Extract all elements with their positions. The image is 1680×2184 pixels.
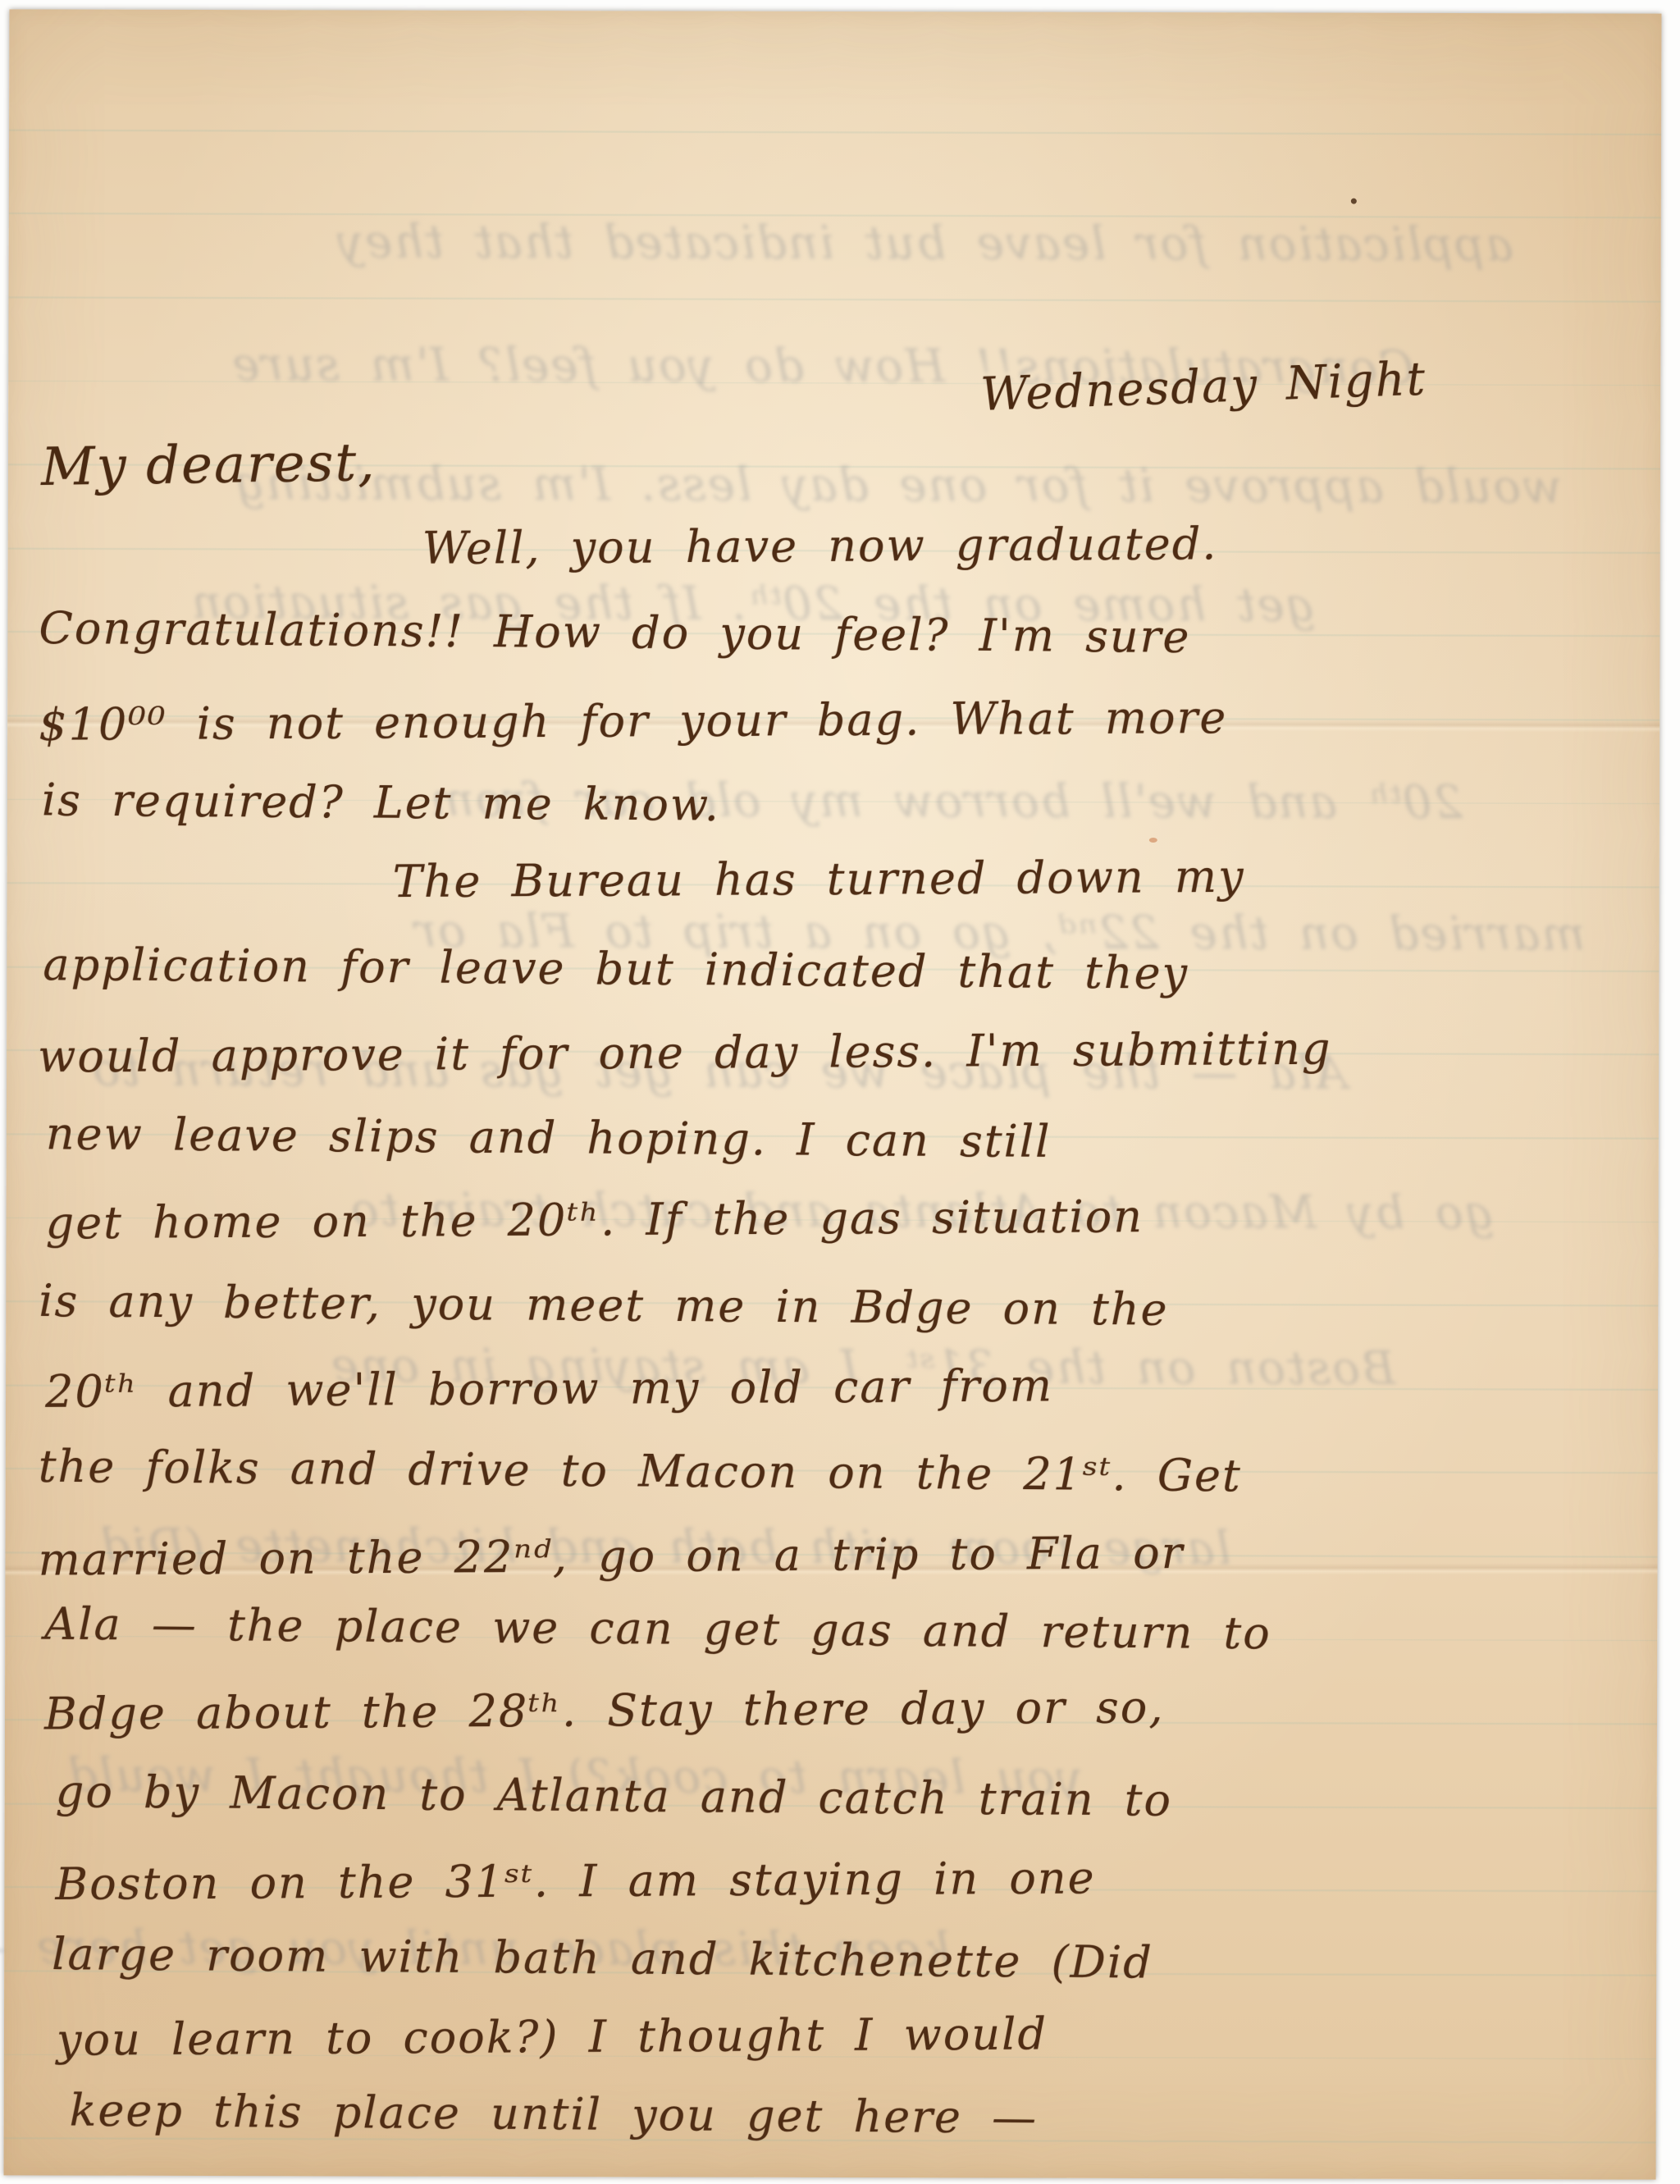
salutation: My dearest,	[40, 432, 376, 498]
letter-line: you learn to cook?) I thought I would	[57, 2008, 1048, 2065]
letter-line: large room with bath and kitchenette (Di…	[52, 1928, 1153, 1989]
letter-line: 20ᵗʰ and we'll borrow my old car from	[45, 1359, 1053, 1418]
letter-line: is required? Let me know.	[42, 774, 720, 830]
letter-paper-sheet: application for leave but indicated that…	[4, 9, 1662, 2179]
letter-line: Well, you have now graduated.	[422, 518, 1218, 574]
ink-speck	[1351, 199, 1357, 204]
letter-line: $10⁰⁰ is not enough for your bag. What m…	[39, 692, 1227, 751]
letter-line: would approve it for one day less. I'm s…	[38, 1023, 1332, 1083]
letter-line: new leave slips and hoping. I can still	[46, 1108, 1052, 1167]
letter-line: keep this place until you get here —	[70, 2084, 1039, 2143]
letter-line: go by Macon to Atlanta and catch train t…	[56, 1766, 1173, 1826]
letter-line: the folks and drive to Macon on the 21ˢᵗ…	[39, 1441, 1242, 1502]
letter-line: Ala — the place we can get gas and retur…	[44, 1598, 1271, 1660]
letter-line: is any better, you meet me in Bdge on th…	[39, 1275, 1169, 1336]
stain-speck	[1149, 838, 1157, 843]
letter-line: get home on the 20ᵗʰ. If the gas situati…	[45, 1190, 1144, 1249]
letter-line: Boston on the 31ˢᵗ. I am staying in one	[55, 1852, 1095, 1910]
letter-line: The Bureau has turned down my	[393, 851, 1245, 907]
letter-line: Bdge about the 28ᵗʰ. Stay there day or s…	[44, 1681, 1165, 1739]
letter-line: Congratulations!! How do you feel? I'm s…	[39, 602, 1190, 663]
scan-background: application for leave but indicated that…	[0, 0, 1680, 2184]
letter-line: married on the 22ⁿᵈ, go on a trip to Fla…	[38, 1527, 1184, 1586]
letter-line: application for leave but indicated that…	[43, 939, 1189, 999]
